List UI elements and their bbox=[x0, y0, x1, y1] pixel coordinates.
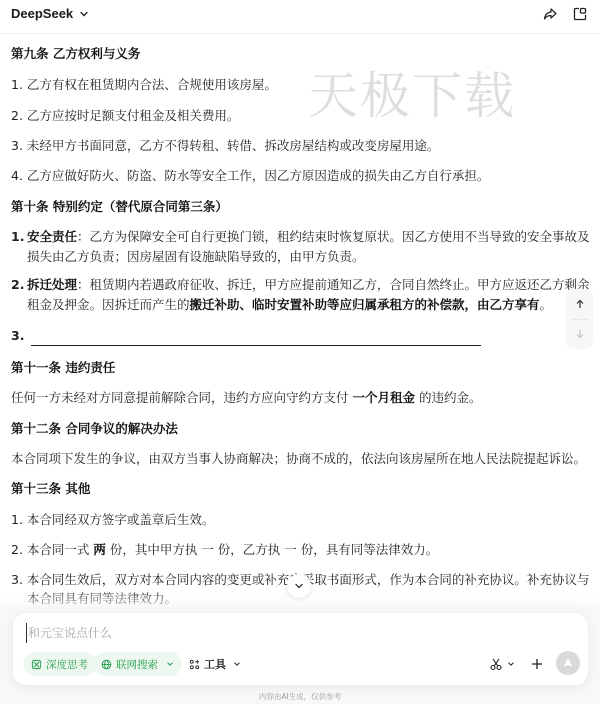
scissors-icon bbox=[489, 657, 503, 671]
send-arrow-icon bbox=[562, 657, 574, 669]
item-label: 安全责任 bbox=[27, 229, 77, 244]
top-bar: DeepSeek bbox=[0, 0, 600, 34]
watermark: 天极下载 bbox=[308, 56, 516, 128]
new-chat-icon bbox=[572, 6, 588, 22]
bold-amount: 一个月租金 bbox=[352, 390, 415, 405]
chevron-down-icon bbox=[294, 581, 304, 591]
message-input[interactable] bbox=[26, 623, 566, 643]
item-text: ：乙方为保障安全可自行更换门锁，租约结束时恢复原状。因乙方使用不当导致的安全事故… bbox=[27, 229, 590, 264]
arrow-up-icon bbox=[575, 299, 585, 309]
web-search-label: 联网搜索 bbox=[116, 657, 158, 672]
article-12-text: 本合同项下发生的争议，由双方当事人协商解决；协商不成的，依法向该房屋所在地人民法… bbox=[11, 449, 586, 468]
item-number: 2. bbox=[11, 275, 24, 295]
article-9-item-4: 4. 乙方应做好防火、防盗、防水等安全工作，因乙方原因造成的损失由乙方自行承担。 bbox=[11, 166, 489, 185]
scroll-down-nav-button[interactable] bbox=[566, 320, 593, 350]
article-10-item-3: 3. bbox=[11, 326, 591, 346]
blank-fill-line bbox=[31, 332, 481, 346]
article-13-item-2: 2. 本合同一式 两 份，其中甲方执 一 份，乙方执 一 份，具有同等法律效力。 bbox=[11, 540, 438, 559]
chevron-down-icon bbox=[233, 660, 241, 668]
article-9-title: 第九条 乙方权利与义务 bbox=[11, 44, 140, 63]
send-button[interactable] bbox=[556, 651, 580, 675]
item-text-end: 。 bbox=[540, 297, 553, 312]
article-13-title: 第十三条 其他 bbox=[11, 479, 90, 498]
chevron-down-icon bbox=[79, 9, 89, 19]
chevron-down-icon bbox=[507, 660, 515, 668]
article-10-title: 第十条 特别约定（替代原合同第三条） bbox=[11, 197, 228, 216]
article-10-item-2: 2. 拆迁处理：租赁期内若遇政府征收、拆迁，甲方应提前通知乙方，合同自然终止。甲… bbox=[11, 275, 591, 315]
scroll-up-button[interactable] bbox=[566, 289, 593, 319]
model-selector[interactable]: DeepSeek bbox=[11, 6, 89, 21]
tools-grid-icon bbox=[189, 659, 200, 670]
tools-label: 工具 bbox=[204, 656, 226, 672]
item-label: 拆迁处理 bbox=[27, 277, 77, 292]
bold-count: 两 bbox=[93, 542, 106, 557]
scissors-menu-button[interactable] bbox=[489, 654, 515, 674]
ai-disclaimer: 内容由AI生成，仅供参考 bbox=[0, 691, 600, 702]
article-9-item-1: 1. 乙方有权在租赁期内合法、合规使用该房屋。 bbox=[11, 75, 277, 94]
globe-icon bbox=[101, 659, 112, 670]
deep-think-toggle[interactable]: 深度思考 bbox=[23, 652, 96, 676]
article-13-item-1: 1. 本合同经双方签字或盖章后生效。 bbox=[11, 510, 214, 529]
item-number: 3. bbox=[11, 326, 24, 346]
item-number: 1. bbox=[11, 227, 24, 247]
text: 的违约金。 bbox=[415, 390, 481, 405]
article-12-title: 第十二条 合同争议的解决办法 bbox=[11, 419, 178, 438]
scroll-navigator bbox=[566, 289, 593, 349]
arrow-down-icon bbox=[575, 329, 585, 339]
attach-button[interactable] bbox=[530, 654, 544, 674]
text: 份，其中甲方执 一 份，乙方执 一 份，具有同等法律效力。 bbox=[106, 542, 438, 557]
deep-think-label: 深度思考 bbox=[46, 657, 88, 672]
plus-icon bbox=[531, 658, 543, 670]
chat-response: 天极下载 第九条 乙方权利与义务 1. 乙方有权在租赁期内合法、合规使用该房屋。… bbox=[0, 34, 600, 614]
tools-menu-button[interactable]: 工具 bbox=[189, 652, 241, 676]
text: 任何一方未经对方同意提前解除合同，违约方应向守约方支付 bbox=[11, 390, 352, 405]
text: 2. 本合同一式 bbox=[11, 542, 93, 557]
share-icon bbox=[542, 6, 558, 22]
web-search-toggle[interactable]: 联网搜索 bbox=[93, 652, 182, 676]
scroll-to-bottom-button[interactable] bbox=[287, 574, 311, 598]
item-bold-text: 搬迁补助、临时安置补助等应归属承租方的补偿款，由乙方享有 bbox=[190, 297, 540, 312]
app-title-text: DeepSeek bbox=[11, 6, 73, 21]
chevron-down-icon bbox=[166, 660, 174, 668]
article-11-title: 第十一条 违约责任 bbox=[11, 358, 115, 377]
article-10-item-1: 1. 安全责任：乙方为保障安全可自行更换门锁，租约结束时恢复原状。因乙方使用不当… bbox=[11, 227, 591, 267]
article-9-item-3: 3. 未经甲方书面同意，乙方不得转租、转借、拆改房屋结构或改变房屋用途。 bbox=[11, 136, 439, 155]
new-chat-button[interactable] bbox=[571, 5, 589, 23]
message-composer: 深度思考 联网搜索 工具 bbox=[12, 612, 589, 686]
atom-icon bbox=[31, 659, 42, 670]
article-11-text: 任何一方未经对方同意提前解除合同，违约方应向守约方支付 一个月租金 的违约金。 bbox=[11, 388, 481, 407]
share-button[interactable] bbox=[541, 5, 559, 23]
article-9-item-2: 2. 乙方应按时足额支付租金及相关费用。 bbox=[11, 106, 239, 125]
